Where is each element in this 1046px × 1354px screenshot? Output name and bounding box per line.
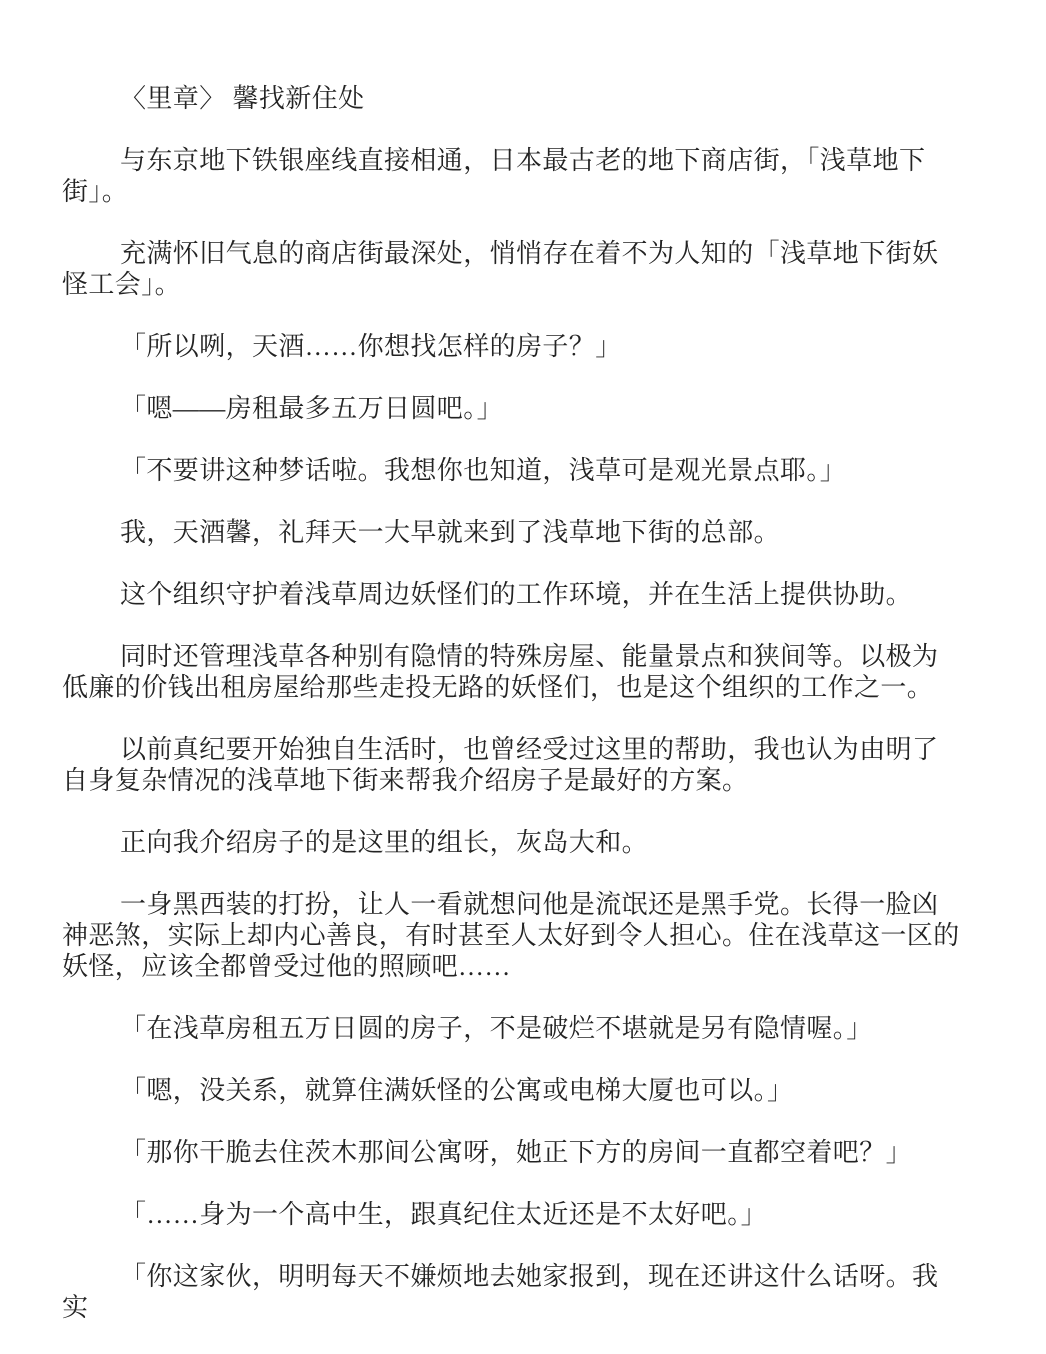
dialogue-paragraph: 「……身为一个高中生，跟真纪住太近还是不太好吧。」 — [62, 1199, 962, 1230]
paragraph: 同时还管理浅草各种别有隐情的特殊房屋、能量景点和狭间等。以极为低廉的价钱出租房屋… — [62, 641, 962, 703]
novel-page: 〈里章〉 馨找新住处 与东京地下铁银座线直接相通，日本最古老的地下商店街，「浅草… — [0, 0, 1046, 1354]
dialogue-paragraph: 「你这家伙，明明每天不嫌烦地去她家报到，现在还讲这什么话呀。我实 — [62, 1261, 962, 1323]
dialogue-paragraph: 「不要讲这种梦话啦。我想你也知道，浅草可是观光景点耶。」 — [62, 455, 962, 486]
dialogue-paragraph: 「所以咧，天酒……你想找怎样的房子？」 — [62, 331, 962, 362]
paragraph: 我，天酒馨，礼拜天一大早就来到了浅草地下街的总部。 — [62, 517, 962, 548]
dialogue-paragraph: 「在浅草房租五万日圆的房子，不是破烂不堪就是另有隐情喔。」 — [62, 1013, 962, 1044]
paragraph: 正向我介绍房子的是这里的组长，灰岛大和。 — [62, 827, 962, 858]
chapter-title: 〈里章〉 馨找新住处 — [62, 83, 962, 114]
paragraph: 这个组织守护着浅草周边妖怪们的工作环境，并在生活上提供协助。 — [62, 579, 962, 610]
paragraph: 与东京地下铁银座线直接相通，日本最古老的地下商店街，「浅草地下街」。 — [62, 145, 962, 207]
paragraph: 充满怀旧气息的商店街最深处，悄悄存在着不为人知的「浅草地下街妖怪工会」。 — [62, 238, 962, 300]
paragraph: 以前真纪要开始独自生活时，也曾经受过这里的帮助，我也认为由明了自身复杂情况的浅草… — [62, 734, 962, 796]
dialogue-paragraph: 「那你干脆去住茨木那间公寓呀，她正下方的房间一直都空着吧？」 — [62, 1137, 962, 1168]
dialogue-paragraph: 「嗯——房租最多五万日圆吧。」 — [62, 393, 962, 424]
dialogue-paragraph: 「嗯，没关系，就算住满妖怪的公寓或电梯大厦也可以。」 — [62, 1075, 962, 1106]
paragraph: 一身黑西装的打扮，让人一看就想问他是流氓还是黑手党。长得一脸凶神恶煞，实际上却内… — [62, 889, 962, 982]
